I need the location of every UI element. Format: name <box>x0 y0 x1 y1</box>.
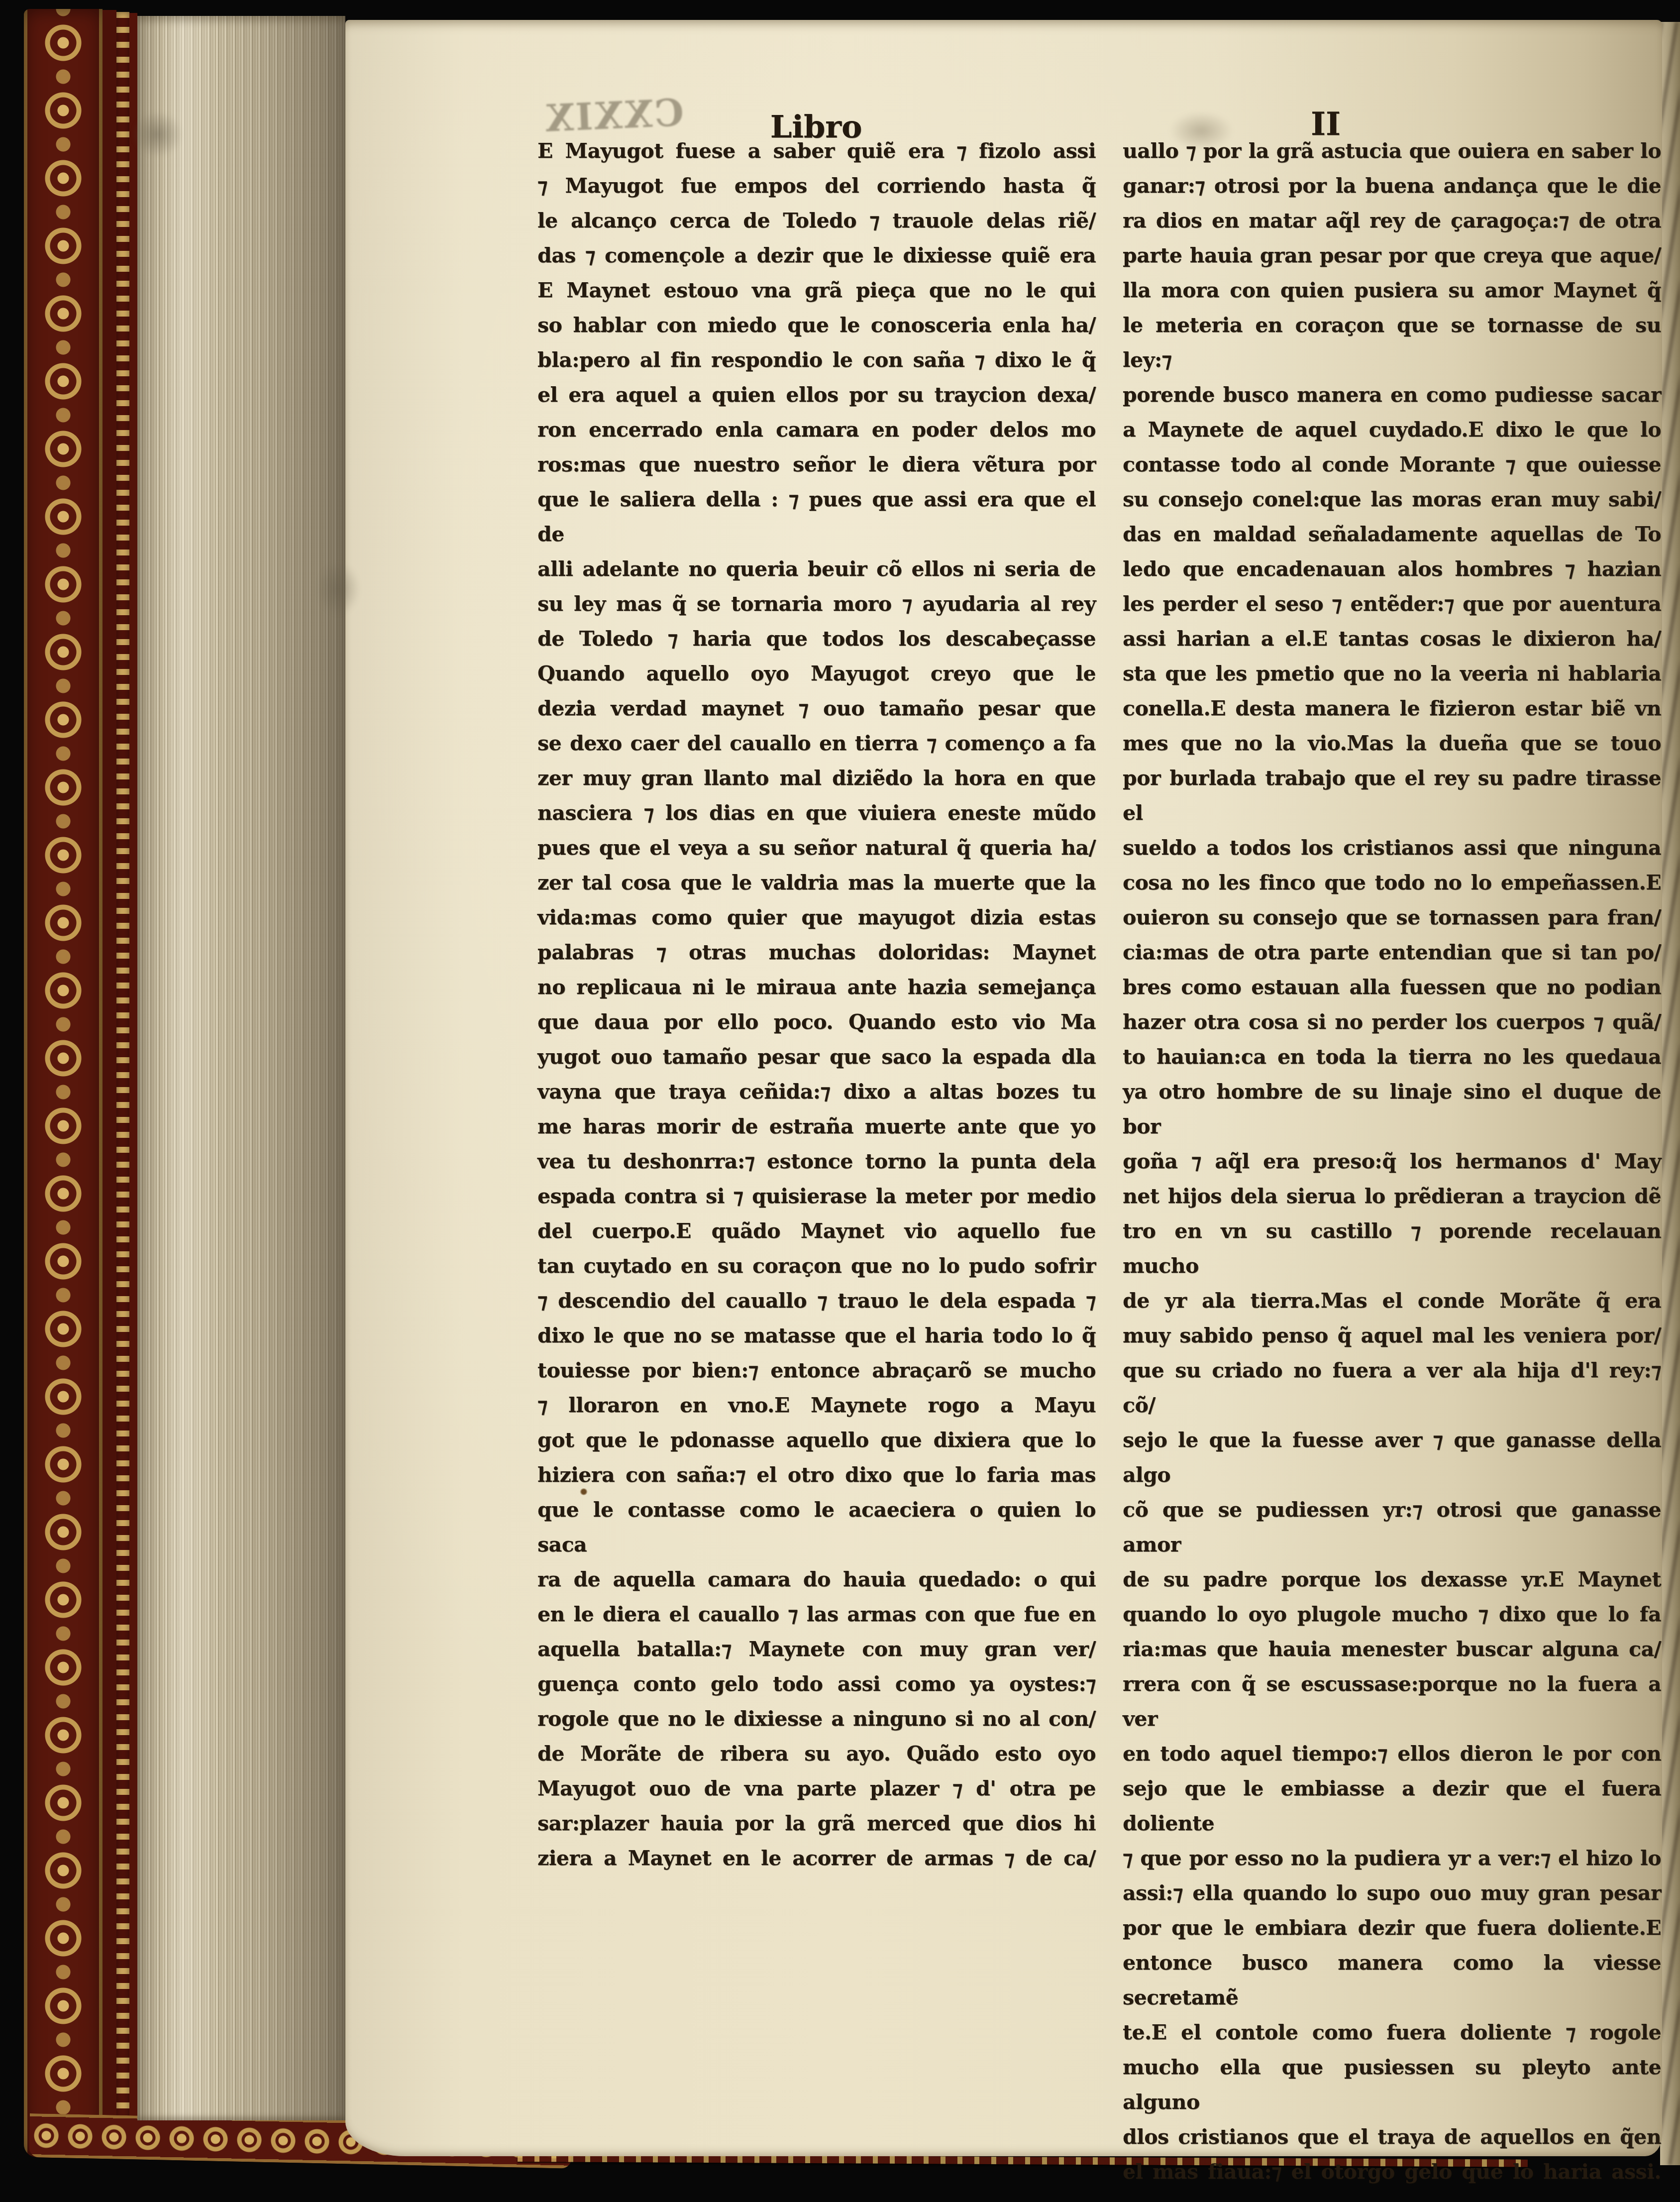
book-page: CXXIX Libro II E Mayugot fuese a saber q… <box>345 20 1662 2156</box>
gilt-dotted-rule <box>116 12 129 2155</box>
stain-smudge <box>122 103 192 166</box>
page-fore-edge <box>137 16 345 2120</box>
paper-fleck <box>580 1488 588 1495</box>
stain-smudge <box>309 551 368 626</box>
facing-page-text-blur <box>1660 22 1680 2165</box>
text-column-left: E Mayugot fuese a saber quiẽ era ⁊ fizol… <box>537 133 1096 1875</box>
book-photo: CXXIX Libro II E Mayugot fuese a saber q… <box>0 0 1680 2202</box>
facing-page-edge <box>1660 22 1680 2165</box>
text-column-right: uallo ⁊ por la grã astucia que ouiera en… <box>1123 133 1661 2189</box>
gilt-cover-spine <box>24 9 103 2157</box>
cover-leather-inner-strip <box>129 13 137 2154</box>
cover-leather-strip <box>103 10 116 2156</box>
